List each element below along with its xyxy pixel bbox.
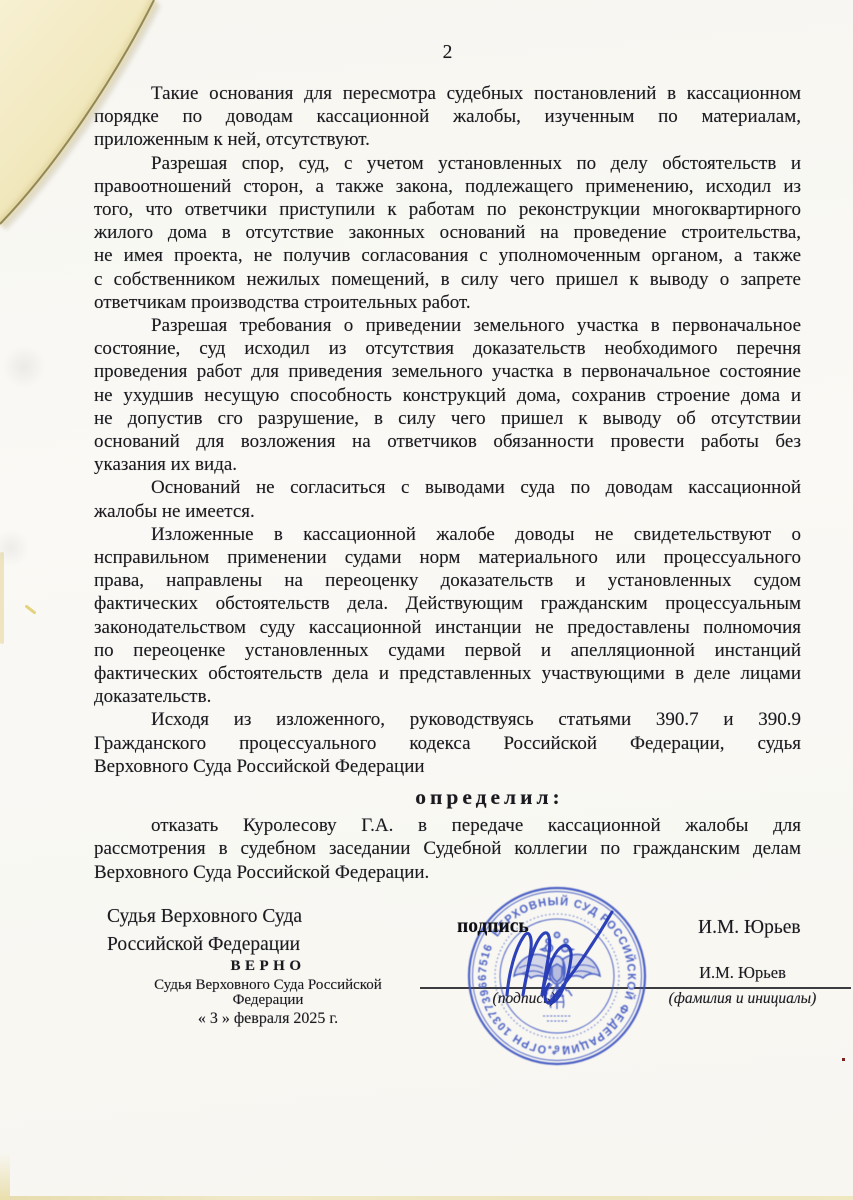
verno-label: ВЕРНО bbox=[118, 959, 418, 975]
paragraph-line: Изложенные в кассационной жалобе доводы … bbox=[94, 523, 801, 546]
paragraph-line: правоотношений сторон, а также закона, п… bbox=[94, 175, 801, 198]
paragraph: Оснований не согласиться с выводами суда… bbox=[94, 476, 801, 522]
paragraph-line: отказать Куролесову Г.А. в передаче касс… bbox=[94, 814, 801, 837]
judge-name-over-line: И.М. Юрьев bbox=[634, 963, 851, 983]
paragraph-line: жилого дома в отсутствие законных основа… bbox=[94, 221, 801, 244]
page-number: 2 bbox=[94, 42, 801, 64]
paragraph-line: Верховного Суда Российской Федерации bbox=[94, 755, 801, 778]
paragraph-line: законодательством суду кассационной инст… bbox=[94, 616, 801, 639]
paragraph-line: Исходя из изложенного, руководствуясь ст… bbox=[94, 708, 801, 731]
paragraph-line: Оснований не согласиться с выводами суда… bbox=[94, 476, 801, 499]
paragraph-line: с собственником нежилых помещений, в сил… bbox=[94, 268, 801, 291]
paragraph-line: не имея проекта, не получив согласования… bbox=[94, 244, 801, 267]
paragraph-line: ответчикам производства строительных раб… bbox=[94, 291, 801, 314]
paragraph-line: рассмотрения в судебном заседании Судебн… bbox=[94, 837, 801, 860]
resolution-paragraphs-container: отказать Куролесову Г.А. в передаче касс… bbox=[94, 814, 801, 884]
scan-smudge bbox=[2, 345, 46, 389]
paragraph-line: доказательств. bbox=[94, 685, 801, 708]
scan-yellow-mark bbox=[24, 604, 36, 614]
paragraph-line: приложенным к ней, отсутствуют. bbox=[94, 128, 801, 151]
main-paragraphs-container: Такие основания для пересмотра судебных … bbox=[94, 82, 801, 778]
paragraph-line: жалобы не имеется. bbox=[94, 500, 801, 523]
name-line bbox=[634, 987, 851, 989]
paragraph: Разрешая требования о приведении земельн… bbox=[94, 314, 801, 476]
paragraph-line: указания их вида. bbox=[94, 453, 801, 476]
paragraph-line: состояние, суд исходил из отсутствия док… bbox=[94, 337, 801, 360]
scan-corner-mark bbox=[0, 1152, 10, 1200]
certification-line2: Федерации bbox=[118, 993, 418, 1009]
paragraph-line: того, что ответчики приступили к работам… bbox=[94, 198, 801, 221]
judge-name: И.М. Юрьев bbox=[698, 917, 801, 939]
document-body: Такие основания для пересмотра судебных … bbox=[94, 82, 801, 884]
paragraph-line: Разрешая спор, суд, с учетом установленн… bbox=[94, 152, 801, 175]
scan-smudge bbox=[0, 528, 28, 568]
paragraph-line: не допустив сго разрушение, в силу чего … bbox=[94, 407, 801, 430]
paragraph-line: фактических обстоятельств дела. Действую… bbox=[94, 592, 801, 615]
paragraph-line: фактических обстоятельств дела и предста… bbox=[94, 662, 801, 685]
name-caption: (фамилия и инициалы) bbox=[634, 990, 851, 1008]
paragraph-line: порядке по доводам кассационной жалобы, … bbox=[94, 105, 801, 128]
stamp-bottom-mark: * 9 * bbox=[548, 1044, 566, 1055]
paragraph-line: нсправильном применении судами норм мате… bbox=[94, 546, 801, 569]
scan-bottom-edge bbox=[0, 1196, 853, 1200]
judge-title-line1: Судья Верховного Суда bbox=[107, 903, 302, 931]
handwritten-signature-icon bbox=[480, 895, 640, 1015]
paragraph-line: Разрешая требования о приведении земельн… bbox=[94, 314, 801, 337]
ruling-heading: определил: bbox=[136, 784, 843, 810]
paragraph-line: проведения работ для приведения земельно… bbox=[94, 360, 801, 383]
paragraph-line: не ухудшив несущую способность конструкц… bbox=[94, 384, 801, 407]
paragraph: Разрешая спор, суд, с учетом установленн… bbox=[94, 152, 801, 314]
judge-title: Судья Верховного Суда Российской Федерац… bbox=[107, 903, 302, 958]
paragraph: Исходя из изложенного, руководствуясь ст… bbox=[94, 708, 801, 778]
scanned-court-document-page: 2 Такие основания для пересмотра судебны… bbox=[0, 0, 853, 1200]
paragraph-line: оснований для возложения на ответчиков о… bbox=[94, 430, 801, 453]
certification-line1: Судья Верховного Суда Российской bbox=[118, 978, 418, 994]
paragraph-line: Такие основания для пересмотра судебных … bbox=[94, 82, 801, 105]
folded-corner bbox=[0, 0, 170, 240]
paragraph: Изложенные в кассационной жалобе доводы … bbox=[94, 523, 801, 709]
paragraph-line: права, направлены на переоценку доказате… bbox=[94, 569, 801, 592]
paragraph-line: по переоценке установленных судами перво… bbox=[94, 639, 801, 662]
paragraph-line: Верховного Суда Российской Федерации. bbox=[94, 861, 801, 884]
certification-date: « 3 » февраля 2025 г. bbox=[118, 1011, 418, 1027]
paragraph: отказать Куролесову Г.А. в передаче касс… bbox=[94, 814, 801, 884]
certification-block: ВЕРНО Судья Верховного Суда Российской Ф… bbox=[118, 959, 418, 1026]
paragraph-line: Гражданского процессуального кодекса Рос… bbox=[94, 732, 801, 755]
scan-red-dot bbox=[842, 1058, 845, 1061]
judge-title-line2: Российской Федерации bbox=[107, 931, 302, 959]
paragraph: Такие основания для пересмотра судебных … bbox=[94, 82, 801, 152]
